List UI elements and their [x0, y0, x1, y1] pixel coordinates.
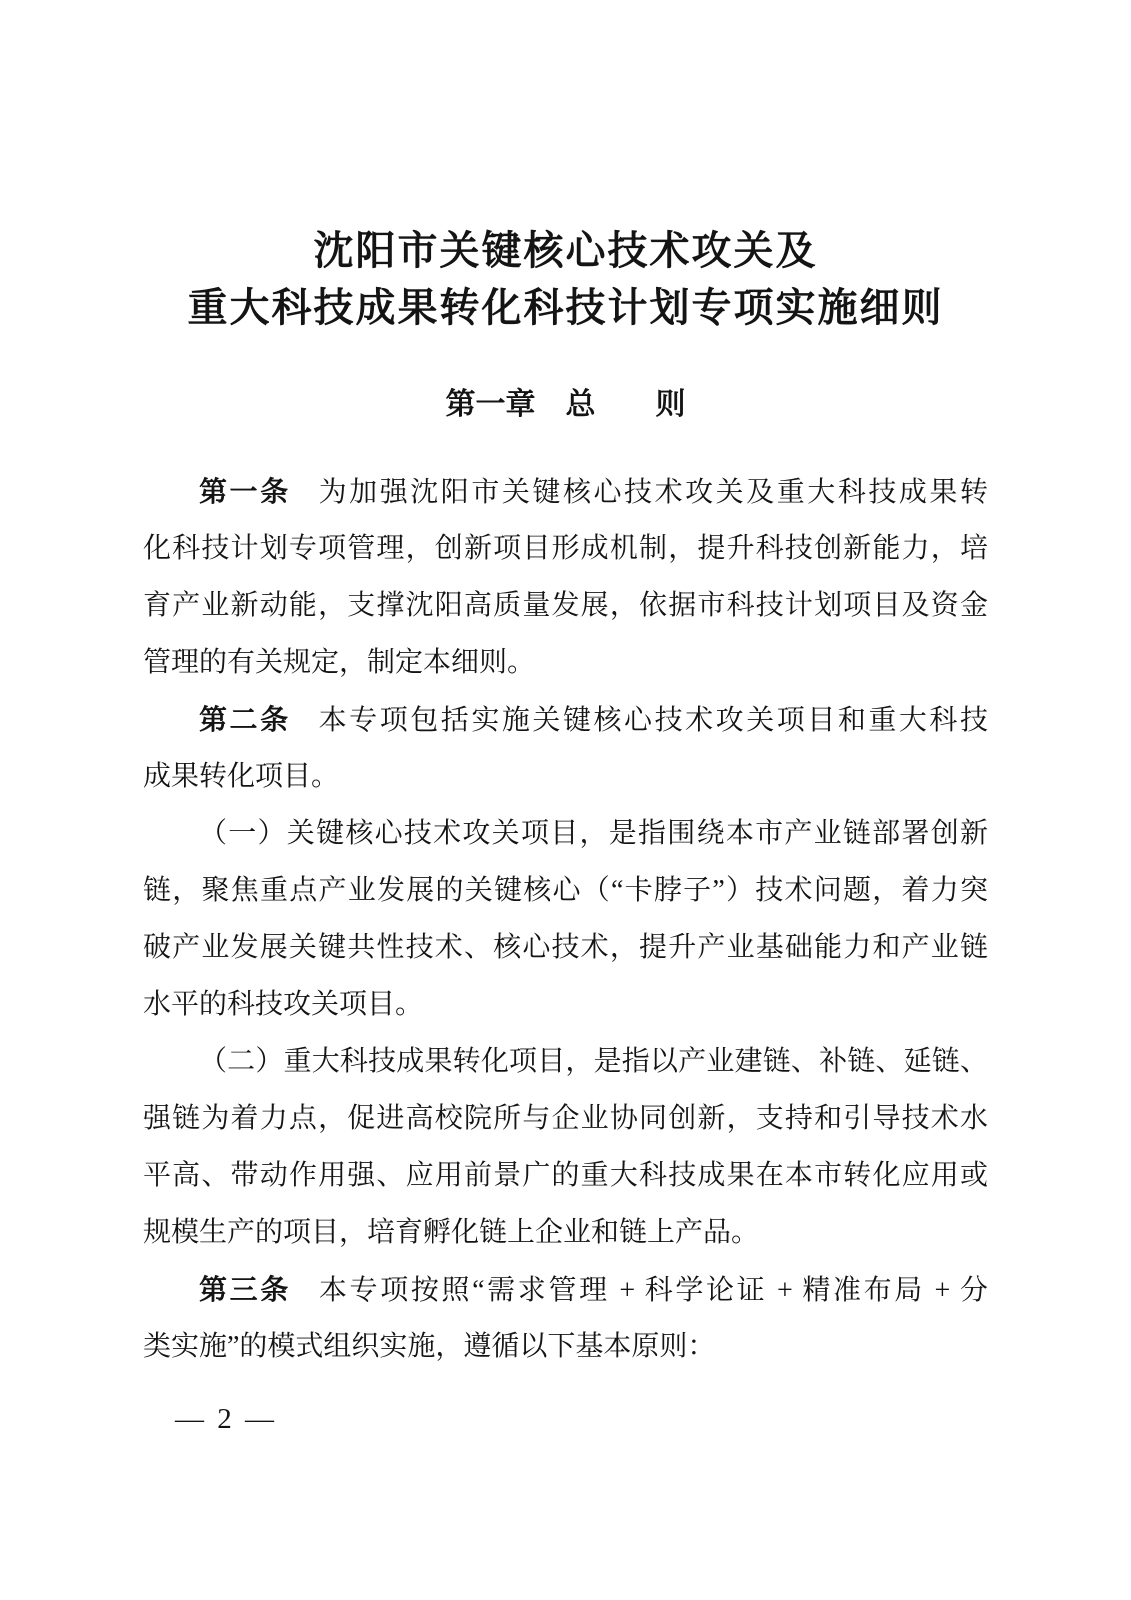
body-line: 破产业发展关键共性技术、核心技术，提升产业基础能力和产业链 — [143, 919, 988, 976]
document-body: 第一条为加强沈阳市关键核心技术攻关及重大科技成果转化科技计划专项管理，创新项目形… — [143, 463, 988, 1375]
body-line: 化科技计划专项管理，创新项目形成机制，提升科技创新能力，培 — [143, 520, 988, 577]
article-label: 第三条 — [199, 1274, 291, 1305]
title-line-1: 沈阳市关键核心技术攻关及 — [0, 222, 1131, 279]
paragraph: （二）重大科技成果转化项目，是指以产业建链、补链、延链、强链为着力点，促进高校院… — [143, 1033, 988, 1261]
body-line: 类实施”的模式组织实施，遵循以下基本原则： — [143, 1318, 988, 1375]
body-line: 育产业新动能，支撑沈阳高质量发展，依据市科技计划项目及资金 — [143, 577, 988, 634]
chapter-heading: 第一章 总 则 — [0, 376, 1131, 433]
body-line: （一）关键核心技术攻关项目，是指围绕本市产业链部署创新 — [143, 805, 988, 862]
body-line: 平高、带动作用强、应用前景广的重大科技成果在本市转化应用或 — [143, 1147, 988, 1204]
body-line: 管理的有关规定，制定本细则。 — [143, 634, 988, 691]
title-line-2: 重大科技成果转化科技计划专项实施细则 — [0, 279, 1131, 336]
body-line: 第一条为加强沈阳市关键核心技术攻关及重大科技成果转 — [143, 463, 988, 520]
article-label: 第二条 — [199, 704, 291, 735]
page-number: — 2 — — [175, 1391, 1131, 1448]
document-title: 沈阳市关键核心技术攻关及 重大科技成果转化科技计划专项实施细则 — [0, 222, 1131, 336]
article-label: 第一条 — [199, 476, 291, 507]
body-line: 水平的科技攻关项目。 — [143, 976, 988, 1033]
paragraph: 第三条本专项按照“需求管理 + 科学论证 + 精准布局 + 分类实施”的模式组织… — [143, 1261, 988, 1375]
body-line: 第二条本专项包括实施关键核心技术攻关项目和重大科技 — [143, 691, 988, 748]
document-page: 沈阳市关键核心技术攻关及 重大科技成果转化科技计划专项实施细则 第一章 总 则 … — [0, 0, 1131, 1600]
body-line: 规模生产的项目，培育孵化链上企业和链上产品。 — [143, 1204, 988, 1261]
body-line: 成果转化项目。 — [143, 748, 988, 805]
body-line: 第三条本专项按照“需求管理 + 科学论证 + 精准布局 + 分 — [143, 1261, 988, 1318]
body-line: （二）重大科技成果转化项目，是指以产业建链、补链、延链、 — [143, 1033, 988, 1090]
body-line: 强链为着力点，促进高校院所与企业协同创新，支持和引导技术水 — [143, 1090, 988, 1147]
paragraph: 第二条本专项包括实施关键核心技术攻关项目和重大科技成果转化项目。 — [143, 691, 988, 805]
paragraph: 第一条为加强沈阳市关键核心技术攻关及重大科技成果转化科技计划专项管理，创新项目形… — [143, 463, 988, 691]
paragraph: （一）关键核心技术攻关项目，是指围绕本市产业链部署创新链，聚焦重点产业发展的关键… — [143, 805, 988, 1033]
body-line: 链，聚焦重点产业发展的关键核心（“卡脖子”）技术问题，着力突 — [143, 862, 988, 919]
